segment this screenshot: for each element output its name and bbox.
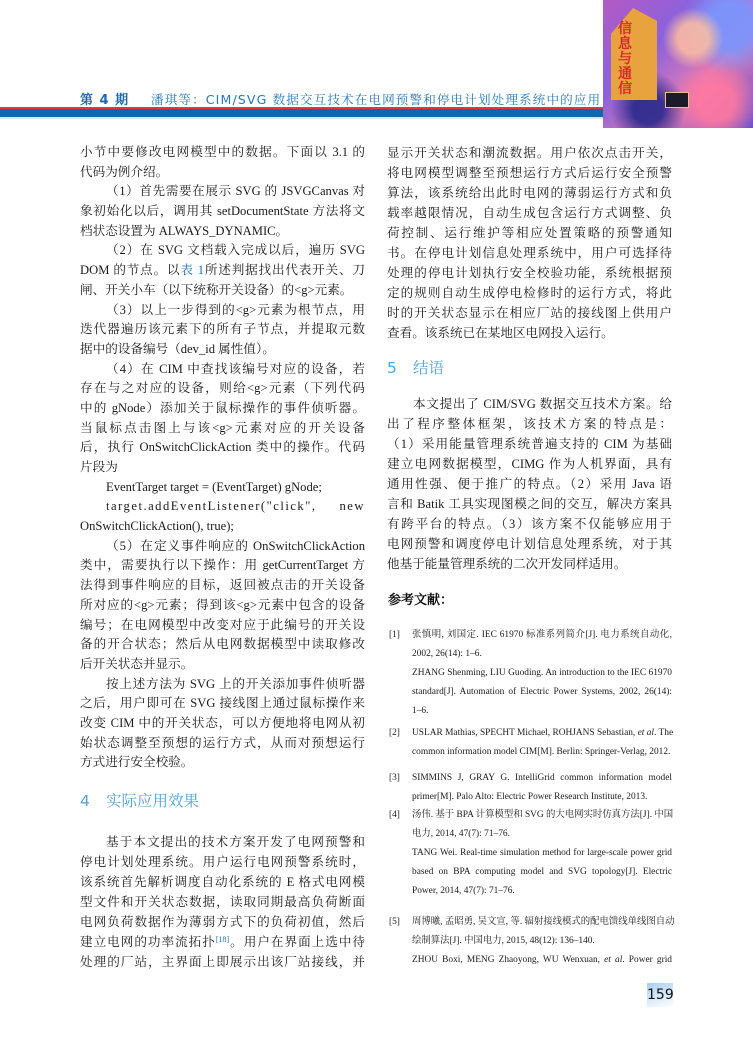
text-line: 1–6. [412, 702, 672, 721]
reference-text: 汤伟. 基于 BPA 计算模型和 SVG 的大电网实时仿真方法[J]. 中国 电… [412, 806, 672, 901]
text-line: 周博曦, 孟昭勇, 吴文宣, 等. 辐射接线模式的配电馈线单线图自动 [412, 913, 672, 932]
text-line: 处理的停电计划执行安全校验功能，系统根据预 [387, 263, 672, 283]
conclusion-body: 本文提出了 CIM/SVG 数据交互技术方案。给 出了程序整体框架，该技术方案的… [387, 394, 672, 574]
reference-text: 张慎明, 刘国定. IEC 61970 标准系列简介[J]. 电力系统自动化, … [412, 626, 672, 721]
text-line: 显示开关状态和潮流数据。用户依次点击开关， [387, 143, 672, 163]
reference-label: [2] [389, 724, 400, 743]
text-line: 改变 CIM 中的开关状态，可以方便地将电网从初 [80, 714, 365, 734]
code-line: target.addEventListener("click", new [80, 497, 365, 517]
text-segment: USLAR Mathias, SPECHT Michael, ROHJANS S… [412, 728, 638, 738]
citation-link[interactable]: [18] [216, 935, 229, 944]
references-heading: 参考文献： [388, 591, 453, 611]
text-line: 中的 gNode）添加关于鼠标操作的事件侦听器。 [80, 399, 365, 419]
text-line: （1）首先需要在展示 SVG 的 JSVGCanvas 对 [80, 182, 365, 202]
text-line: 本文提出了 CIM/SVG 数据交互技术方案。给 [387, 394, 672, 414]
reference-label: [3] [389, 769, 400, 788]
text-segment: 建立电网的功率流拓扑 [80, 935, 216, 949]
text-line: （5）在定义事件响应的 OnSwitchClickAction [80, 537, 365, 557]
text-line: 建立电网数据模型，CIMG 作为人机界面，具有 [387, 454, 672, 474]
journal-page: 第 4 期 潘琪等：CIM/SVG 数据交互技术在电网预警和停电计划处理系统中的… [0, 0, 753, 1057]
text-line: 有跨平台的特点。（3）该方案不仅能够应用于 [387, 514, 672, 534]
reference-label: [4] [389, 806, 400, 825]
text-line: 该系统首先解析调度自动化系统的 E 格式电网模 [80, 872, 365, 892]
text-line: 代码为例介绍。 [80, 163, 365, 183]
text-line: 后，执行 OnSwitchClickAction 类中的操作。代码 [80, 438, 365, 458]
text-line: USLAR Mathias, SPECHT Michael, ROHJANS S… [412, 724, 672, 743]
text-line: ZHANG Shenming, LIU Guoding. An introduc… [412, 664, 672, 683]
text-line: 备的开合状态；然后从电网数据模型中读取修改 [80, 635, 365, 655]
text-line: primer[M]. Palo Alto: Electric Power Res… [412, 788, 672, 807]
issue-number: 第 4 期 [80, 89, 129, 108]
text-line: 言和 Batik 工具实现图模之间的交互，解决方案具 [387, 494, 672, 514]
text-line: based on BPA computing model and SVG top… [412, 863, 672, 882]
text-line: 建立电网的功率流拓扑[18]。用户在界面上选中待 [80, 932, 365, 952]
section-title: 结语 [413, 359, 444, 377]
text-line: 类中，需要执行以下操作：用 getCurrentTarget 方 [80, 556, 365, 576]
text-segment: ZHOU Boxi, MENG Zhaoyong, WU Wenxuan, [412, 955, 604, 965]
text-line: 所对应的<g>元素；得到该<g>元素中包含的设备 [80, 596, 365, 616]
column-banner-label: 信息与通信 [617, 22, 633, 97]
reference-text: 周博曦, 孟昭勇, 吴文宣, 等. 辐射接线模式的配电馈线单线图自动 绘制算法[… [412, 913, 672, 970]
text-line: 通用性强、便于推广的特点。（2）采用 Java 语 [387, 474, 672, 494]
reference-label: [5] [389, 913, 400, 932]
column-banner-photo: 信息与通信 [603, 0, 753, 128]
text-line: 基于本文提出的技术方案开发了电网预警和 [80, 832, 365, 852]
text-line: 汤伟. 基于 BPA 计算模型和 SVG 的大电网实时仿真方法[J]. 中国 [412, 806, 672, 825]
text-line: 出了程序整体框架，该技术方案的特点是： [387, 414, 672, 434]
text-line: 书。在停电计划信息处理系统中，用户可选择待 [387, 243, 672, 263]
text-line: ZHOU Boxi, MENG Zhaoyong, WU Wenxuan, et… [412, 951, 672, 970]
text-segment: 所述判据找出代表开关、刀 [204, 263, 365, 277]
text-line: 电力, 2014, 47(7): 71–76. [412, 825, 672, 844]
section-number: 4 [80, 791, 106, 811]
text-line: 小节中要修改电网模型中的数据。下面以 3.1 的 [80, 143, 365, 163]
text-line: 停电计划处理系统。用户运行电网预警系统时， [80, 852, 365, 872]
text-line: 定的规则自动生成停电检修时的运行方式，将此 [387, 283, 672, 303]
text-line: 按上述方法为 SVG 上的开关添加事件侦听器 [80, 675, 365, 695]
text-line: 将电网模型调整至预想运行方式后运行安全预警 [387, 163, 672, 183]
text-segment-italic: et al [638, 728, 654, 738]
text-line: （1）采用能量管理系统普遍支持的 CIM 为基础 [387, 434, 672, 454]
text-line: TANG Wei. Real-time simulation method fo… [412, 844, 672, 863]
reference-text: SIMMINS J, GRAY G. IntelliGrid common in… [412, 769, 672, 807]
text-line: 象初始化以后，调用其 setDocumentState 方法将文 [80, 202, 365, 222]
text-line: DOM 的节点。以表 1所述判据找出代表开关、刀 [80, 261, 365, 281]
text-line: （4）在 CIM 中查找该编号对应的设备，若 [80, 360, 365, 380]
text-line: 片段为 [80, 458, 365, 478]
text-line: 法得到事件响应的目标，返回被点击的开关设备 [80, 576, 365, 596]
text-line: 查看。该系统已在某地区电网投入运行。 [387, 323, 672, 343]
page-number: 159 [647, 983, 673, 1007]
text-line: 2002, 26(14): 1–6. [412, 645, 672, 664]
text-line: 处理的厂站，主界面上即展示出该厂站接线，并 [80, 952, 365, 972]
text-line: 迭代器遍历该元素下的所有子节点，并提取元数 [80, 320, 365, 340]
text-line: 电网预警和调度停电计划信息处理系统，对于其 [387, 534, 672, 554]
header-rule-light [0, 117, 604, 119]
text-line: 当鼠标点击图上与该<g>元素对应的开关设备 [80, 419, 365, 439]
text-line: 他基于能量管理系统的二次开发同样适用。 [387, 554, 672, 574]
text-segment: . The [654, 728, 673, 738]
text-line: common information model CIM[M]. Berlin:… [412, 743, 672, 762]
text-segment: DOM 的节点。以 [80, 263, 180, 277]
section-5-heading: 5结语 [387, 358, 444, 378]
code-line: EventTarget target = (EventTarget) gNode… [80, 478, 365, 498]
text-line: 闸、开关小车（以下统称开关设备）的<g>元素。 [80, 281, 365, 301]
text-line: 方式进行安全校验。 [80, 753, 365, 773]
text-line: standard[J]. Automation of Electric Powe… [412, 683, 672, 702]
text-line: 存在与之对应的设备，则给<g>元素（下列代码 [80, 379, 365, 399]
text-line: 据中的设备编号（dev_id 属性值）。 [80, 340, 365, 360]
section-number: 5 [387, 358, 413, 378]
text-line: 算法，该系统给出此时电网的薄弱运行方式和负 [387, 183, 672, 203]
text-line: 绘制算法[J]. 中国电力, 2015, 48(12): 136–140. [412, 932, 672, 951]
text-line: 电网负荷数据作为薄弱方式下的负荷初值，然后 [80, 912, 365, 932]
header-rule-blue [0, 109, 604, 117]
table-reference-link[interactable]: 表 1 [180, 263, 204, 277]
reference-label: [1] [389, 626, 400, 645]
text-segment-italic: et al [604, 955, 622, 965]
text-line: 型文件和开关状态数据，读取同期最高负荷断面 [80, 892, 365, 912]
reference-text: USLAR Mathias, SPECHT Michael, ROHJANS S… [412, 724, 672, 762]
text-segment: . Power grid [622, 955, 672, 965]
section-title: 实际应用效果 [106, 792, 199, 810]
text-segment: 。用户在界面上选中待 [229, 935, 365, 949]
text-line: Power, 2014, 47(7): 71–76. [412, 882, 672, 901]
text-line: 后开关状态并显示。 [80, 655, 365, 675]
text-line: （3）以上一步得到的<g>元素为根节点，用 [80, 301, 365, 321]
text-line: 时的开关状态显示在相应厂站的接线图上供用户 [387, 303, 672, 323]
running-title: 潘琪等：CIM/SVG 数据交互技术在电网预警和停电计划处理系统中的应用 [151, 89, 601, 108]
section-4-heading: 4实际应用效果 [80, 791, 199, 811]
text-line: 张慎明, 刘国定. IEC 61970 标准系列简介[J]. 电力系统自动化, [412, 626, 672, 645]
text-line: （2）在 SVG 文档载入完成以后，遍历 SVG [80, 241, 365, 261]
text-line: 档状态设置为 ALWAYS_DYNAMIC。 [80, 222, 365, 242]
banner-device-graphic [665, 92, 689, 108]
text-line: SIMMINS J, GRAY G. IntelliGrid common in… [412, 769, 672, 788]
left-column-body: 小节中要修改电网模型中的数据。下面以 3.1 的 代码为例介绍。 （1）首先需要… [80, 143, 365, 773]
text-line: 之后，用户即可在 SVG 接线图上通过鼠标操作来 [80, 694, 365, 714]
right-column-continued: 显示开关状态和潮流数据。用户依次点击开关， 将电网模型调整至预想运行方式后运行安… [387, 143, 672, 343]
code-line: OnSwitchClickAction(), true); [80, 517, 365, 537]
text-line: 载率越限情况，自动生成包含运行方式调整、负 [387, 203, 672, 223]
section-4-body: 基于本文提出的技术方案开发了电网预警和 停电计划处理系统。用户运行电网预警系统时… [80, 832, 365, 972]
text-line: 荷控制、运行维护等相应处置策略的预警通知 [387, 223, 672, 243]
text-line: 编号；在电网模型中改变对应于此编号的开关设 [80, 616, 365, 636]
text-line: 始状态调整至预想的运行方式，从而对预想运行 [80, 734, 365, 754]
